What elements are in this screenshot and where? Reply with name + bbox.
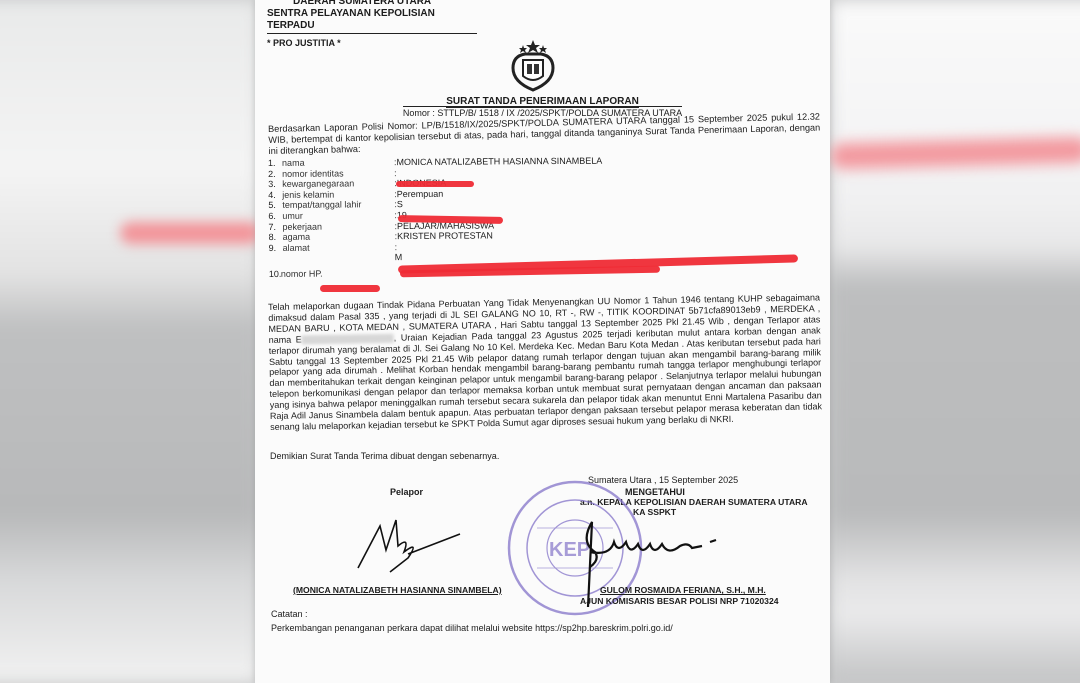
note-text: Perkembangan penanganan perkara dapat di…	[271, 623, 673, 633]
field-num: 2.	[268, 168, 282, 179]
field-num: 6.	[268, 211, 282, 222]
blurred-background-right	[830, 0, 1080, 683]
field-num	[269, 253, 283, 264]
field-num: 4.	[268, 190, 282, 201]
field-value: :MONICA NATALIZABETH HASIANNA SINAMBELA	[394, 156, 602, 168]
report-paragraph: Telah melaporkan dugaan Tindak Pidana Pe…	[268, 292, 822, 432]
field-label: agama	[283, 231, 395, 242]
field-label: jenis kelamin	[282, 189, 394, 200]
field-value: :	[395, 242, 398, 253]
police-emblem-icon	[503, 38, 563, 94]
field-value: M	[395, 252, 403, 263]
note-label: Catatan :	[271, 609, 308, 619]
reporter-signature	[350, 508, 470, 578]
field-label: nomor HP.	[281, 269, 323, 280]
header-region: DAERAH SUMATERA UTARA	[267, 0, 477, 8]
field-value: :	[394, 168, 397, 179]
field-label: nomor identitas	[282, 168, 394, 179]
field-num: 8.	[269, 232, 283, 243]
field-label: alamat	[283, 242, 395, 253]
field-value: :S	[394, 199, 403, 210]
field-label: kewarganegaraan	[282, 178, 394, 189]
field-value: :KRISTEN PROTESTAN	[395, 231, 493, 242]
document-page: DAERAH SUMATERA UTARA SENTRA PELAYANAN K…	[255, 0, 830, 683]
closing-statement: Demikian Surat Tanda Terima dibuat denga…	[270, 451, 499, 461]
field-label: pekerjaan	[282, 221, 394, 232]
field-label: tempat/tanggal lahir	[282, 199, 394, 210]
redaction-phone	[320, 285, 380, 292]
official-rank: AJUN KOMISARIS BESAR POLISI NRP 71020324	[580, 596, 779, 606]
field-label: nama	[282, 157, 394, 168]
redaction-suspect-name	[302, 334, 394, 345]
header-unit: SENTRA PELAYANAN KEPOLISIAN TERPADU	[267, 8, 477, 34]
field-num: 3.	[268, 179, 282, 190]
field-num: 7.	[268, 221, 282, 232]
field-num: 5.	[268, 200, 282, 211]
field-label	[283, 252, 395, 263]
field-value: :Perempuan	[394, 189, 443, 200]
document-header: DAERAH SUMATERA UTARA SENTRA PELAYANAN K…	[267, 0, 477, 49]
redaction-id-number	[396, 181, 474, 187]
reporter-name: (MONICA NATALIZABETH HASIANNA SINAMBELA)	[293, 585, 502, 595]
blurred-redaction-left	[120, 222, 260, 244]
pro-justitia: * PRO JUSTITIA *	[267, 37, 477, 49]
field-num: 9.	[269, 243, 283, 254]
intro-paragraph: Berdasarkan Laporan Polisi Nomor: LP/B/1…	[268, 111, 821, 157]
blurred-background-left	[0, 0, 260, 683]
field-num: 1.	[268, 158, 282, 169]
reporter-label: Pelapor	[390, 487, 423, 497]
official-name: GULOM ROSMAIDA FERIANA, S.H., M.H.	[600, 585, 766, 595]
field-label: umur	[282, 210, 394, 221]
